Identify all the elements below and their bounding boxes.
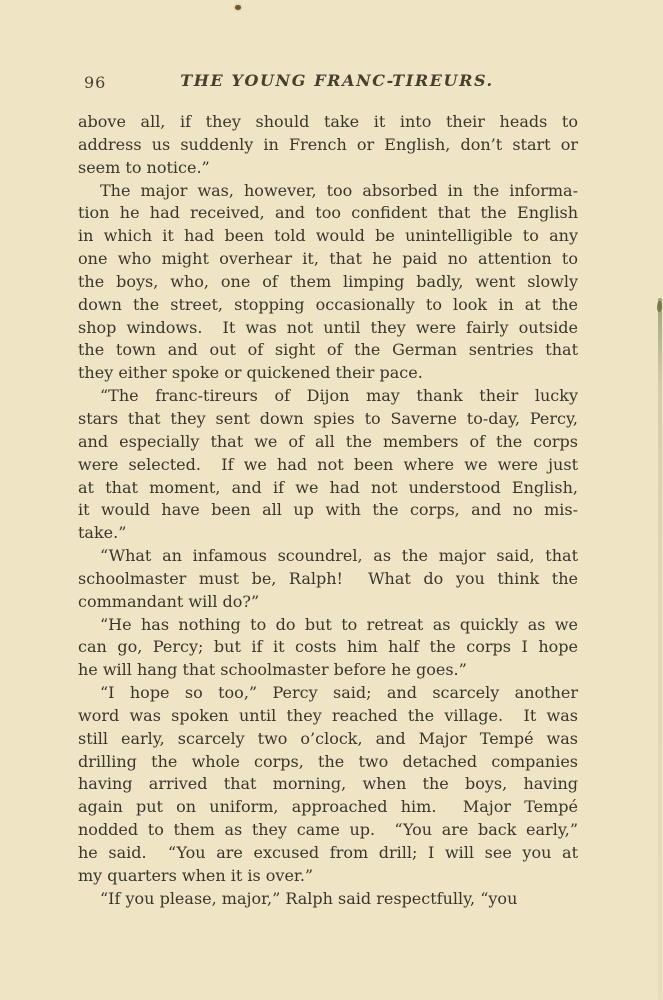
text-line: again put on uniform, approached him. Ma… [78,796,578,819]
text-line: were selected. If we had not been where … [78,454,578,477]
text-line: the boys, who, one of them limping badly… [78,271,578,294]
text-line: he will hang that schoolmaster before he… [78,659,578,682]
text-line: down the street, stopping occasionally t… [78,294,578,317]
text-line: take.” [78,522,578,545]
edge-speck [657,301,662,312]
page-edge-line [658,298,662,1000]
text-line: “I hope so too,” Percy said; and scarcel… [78,682,578,705]
text-line: shop windows. It was not until they were… [78,317,578,340]
paragraph: The major was, however, too absorbed in … [78,180,578,386]
text-line: “If you please, major,” Ralph said respe… [78,888,578,911]
text-line: above all, if they should take it into t… [78,111,578,134]
paragraph: “I hope so too,” Percy said; and scarcel… [78,682,578,888]
text-line: address us suddenly in French or English… [78,134,578,157]
paragraph: “The franc-tireurs of Dijon may thank th… [78,385,578,545]
text-line: it would have been all up with the corps… [78,499,578,522]
foxing-spot [235,5,241,10]
text-line: seem to notice.” [78,157,578,180]
paragraph: “He has nothing to do but to retreat as … [78,614,578,683]
paragraph: “If you please, major,” Ralph said respe… [78,888,578,911]
text-line: still early, scarcely two o’clock, and M… [78,728,578,751]
text-line: my quarters when it is over.” [78,865,578,888]
text-line: word was spoken until they reached the v… [78,705,578,728]
text-line: and especially that we of all the member… [78,431,578,454]
page-body: above all, if they should take it into t… [78,111,578,911]
text-line: tion he had received, and too confident … [78,202,578,225]
text-line: having arrived that morning, when the bo… [78,773,578,796]
text-line: commandant will do?” [78,591,578,614]
paragraph: “What an infamous scoundrel, as the majo… [78,545,578,614]
text-line: at that moment, and if we had not unders… [78,477,578,500]
paragraph: above all, if they should take it into t… [78,111,578,180]
text-line: stars that they sent down spies to Saver… [78,408,578,431]
header-title: THE YOUNG FRANC-TIREURS. [78,71,596,90]
text-line: he said. “You are excused from drill; I … [78,842,578,865]
text-line: can go, Percy; but if it costs him half … [78,636,578,659]
book-page: 96 THE YOUNG FRANC-TIREURS. above all, i… [0,0,663,1000]
text-line: one who might overhear it, that he paid … [78,248,578,271]
running-header: 96 THE YOUNG FRANC-TIREURS. [78,71,578,95]
text-line: the town and out of sight of the German … [78,339,578,362]
text-line: drilling the whole corps, the two detach… [78,751,578,774]
text-line: “The franc-tireurs of Dijon may thank th… [78,385,578,408]
text-line: “He has nothing to do but to retreat as … [78,614,578,637]
text-line: in which it had been told would be unint… [78,225,578,248]
text-line: schoolmaster must be, Ralph! What do you… [78,568,578,591]
text-line: “What an infamous scoundrel, as the majo… [78,545,578,568]
text-line: The major was, however, too absorbed in … [78,180,578,203]
text-line: nodded to them as they came up. “You are… [78,819,578,842]
text-line: they either spoke or quickened their pac… [78,362,578,385]
